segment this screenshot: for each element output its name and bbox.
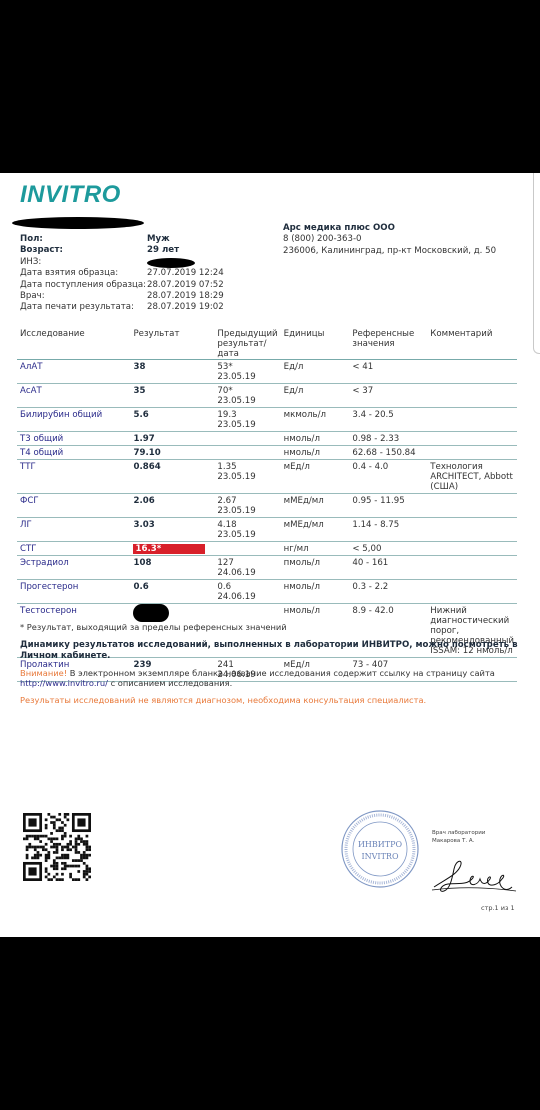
units: мМЕд/мл — [281, 518, 350, 542]
table-row: ФСГ2.062.6723.05.19мМЕд/мл0.95 - 11.95 — [17, 494, 517, 518]
table-header-row: Исследование Результат Предыдущий резуль… — [17, 327, 517, 360]
patient-field-value: 28.07.2019 18:29 — [147, 291, 224, 302]
patient-field-value: 28.07.2019 19:02 — [147, 302, 224, 313]
lab-info: Арс медика плюс ООО 8 (800) 200-363-0 23… — [283, 223, 496, 257]
test-name-link[interactable]: Билирубин общий — [17, 408, 130, 432]
previous-result: 1.3523.05.19 — [214, 460, 280, 494]
reference-range: 62.68 - 150.84 — [349, 446, 427, 460]
table-row: Прогестерон0.60.624.06.19нмоль/л0.3 - 2.… — [17, 580, 517, 604]
comment — [427, 408, 517, 432]
test-name-link[interactable]: ТТГ — [17, 460, 130, 494]
patient-field: Дата поступления образца:28.07.2019 07:5… — [20, 280, 224, 291]
qr-code — [23, 813, 91, 881]
previous-result — [214, 432, 280, 446]
previous-result — [214, 542, 280, 556]
comment — [427, 556, 517, 580]
header-units: Единицы — [281, 327, 350, 360]
disclaimer-note: Результаты исследований не являются диаг… — [20, 695, 520, 706]
previous-result: 4.1823.05.19 — [214, 518, 280, 542]
warning-note: Внимание! В электронном экземпляре бланк… — [20, 668, 520, 689]
result-value: 38 — [130, 360, 214, 384]
test-name-link[interactable]: Эстрадиол — [17, 556, 130, 580]
patient-field: Возраст:29 лет — [20, 245, 224, 256]
table-row: Эстрадиол10812724.06.19пмоль/л40 - 161 — [17, 556, 517, 580]
previous-result: 2.6723.05.19 — [214, 494, 280, 518]
result-value: 2.06 — [130, 494, 214, 518]
units: нмоль/л — [281, 432, 350, 446]
reference-range: < 37 — [349, 384, 427, 408]
reference-range: 3.4 - 20.5 — [349, 408, 427, 432]
result-value-flagged: 16.3* — [130, 542, 214, 556]
comment — [427, 446, 517, 460]
patient-field: Пол:Муж — [20, 234, 224, 245]
invitro-logo: INVITRO — [20, 181, 121, 209]
comment — [427, 494, 517, 518]
patient-field-label: Дата взятия образца: — [20, 268, 147, 279]
comment — [427, 518, 517, 542]
reference-range: 40 - 161 — [349, 556, 427, 580]
result-value: 0.864 — [130, 460, 214, 494]
test-name-link[interactable]: ФСГ — [17, 494, 130, 518]
patient-field-label: Пол: — [20, 234, 147, 245]
result-value: 0.6 — [130, 580, 214, 604]
result-value: 79.10 — [130, 446, 214, 460]
previous-result: 70*23.05.19 — [214, 384, 280, 408]
patient-info: Пол:МужВозраст:29 летИНЗ:Дата взятия обр… — [20, 234, 224, 314]
result-value: 35 — [130, 384, 214, 408]
test-name-link[interactable]: ЛГ — [17, 518, 130, 542]
table-row: ТТГ0.8641.3523.05.19мЕд/л0.4 - 4.0Технол… — [17, 460, 517, 494]
table-row: СТГ16.3*нг/мл< 5,00 — [17, 542, 517, 556]
previous-result: 53*23.05.19 — [214, 360, 280, 384]
comment — [427, 432, 517, 446]
previous-result: 0.624.06.19 — [214, 580, 280, 604]
result-value: 3.03 — [130, 518, 214, 542]
table-row: АсАТ3570*23.05.19Ед/л< 37 — [17, 384, 517, 408]
test-name-link[interactable]: Т3 общий — [17, 432, 130, 446]
test-name-link[interactable]: Прогестерон — [17, 580, 130, 604]
lab-phone: 8 (800) 200-363-0 — [283, 234, 496, 245]
units: мкмоль/л — [281, 408, 350, 432]
units: мМЕд/мл — [281, 494, 350, 518]
table-row: Билирубин общий5.619.323.05.19мкмоль/л3.… — [17, 408, 517, 432]
patient-field-label: Дата поступления образца: — [20, 280, 147, 291]
table-row: ЛГ3.034.1823.05.19мМЕд/мл1.14 - 8.75 — [17, 518, 517, 542]
warning-label: Внимание! — [20, 668, 67, 678]
stamp-text-en: INVITRO — [361, 852, 398, 861]
test-name-link[interactable]: Т4 общий — [17, 446, 130, 460]
reference-range: 0.3 - 2.2 — [349, 580, 427, 604]
notes: * Результат, выходящий за пределы рефере… — [20, 622, 520, 705]
table-row: Т3 общий1.97нмоль/л0.98 - 2.33 — [17, 432, 517, 446]
result-value: 5.6 — [130, 408, 214, 432]
reference-range: 0.95 - 11.95 — [349, 494, 427, 518]
test-name-link[interactable]: АсАТ — [17, 384, 130, 408]
link-suffix: с описанием исследования. — [108, 678, 232, 688]
asterisk-note: * Результат, выходящий за пределы рефере… — [20, 622, 520, 633]
units: Ед/л — [281, 360, 350, 384]
lab-address: 236006, Калининград, пр-кт Московский, д… — [283, 246, 496, 257]
units: нмоль/л — [281, 446, 350, 460]
patient-field-value: 27.07.2019 12:24 — [147, 268, 224, 279]
previous-result: 19.323.05.19 — [214, 408, 280, 432]
reference-range: < 5,00 — [349, 542, 427, 556]
patient-field: Дата взятия образца:27.07.2019 12:24 — [20, 268, 224, 279]
doctor-name: Макарова Т. А. — [432, 837, 485, 845]
header-test: Исследование — [17, 327, 130, 360]
units: нг/мл — [281, 542, 350, 556]
patient-field: Врач:28.07.2019 18:29 — [20, 291, 224, 302]
warning-text: В электронном экземпляре бланка название… — [67, 668, 495, 678]
lab-stamp: ИНВИТРО INVITRO — [340, 809, 420, 889]
stamp-text-ru: ИНВИТРО — [358, 840, 403, 849]
redacted-inz — [147, 258, 195, 268]
previous-result: 12724.06.19 — [214, 556, 280, 580]
reference-range: 0.4 - 4.0 — [349, 460, 427, 494]
comment — [427, 360, 517, 384]
previous-result — [214, 446, 280, 460]
reference-range: 1.14 - 8.75 — [349, 518, 427, 542]
patient-field-value: 29 лет — [147, 245, 179, 256]
units: мЕд/л — [281, 460, 350, 494]
units: Ед/л — [281, 384, 350, 408]
comment — [427, 580, 517, 604]
signature — [426, 857, 521, 897]
lab-name: Арс медика плюс ООО — [283, 223, 496, 234]
comment — [427, 542, 517, 556]
redacted-patient-name — [12, 217, 144, 229]
table-row: Т4 общий79.10нмоль/л62.68 - 150.84 — [17, 446, 517, 460]
scrollbar[interactable] — [533, 173, 540, 354]
patient-field-label: ИНЗ: — [20, 257, 147, 268]
header-result: Результат — [130, 327, 214, 360]
units: нмоль/л — [281, 580, 350, 604]
invitro-link[interactable]: http://www.invitro.ru/ — [20, 678, 108, 688]
result-value: 108 — [130, 556, 214, 580]
header-comment: Комментарий — [427, 327, 517, 360]
test-name-link[interactable]: АлАТ — [17, 360, 130, 384]
patient-field: Дата печати результата:28.07.2019 19:02 — [20, 302, 224, 313]
patient-field-label: Возраст: — [20, 245, 147, 256]
table-row: АлАТ3853*23.05.19Ед/л< 41 — [17, 360, 517, 384]
page-number: стр.1 из 1 — [481, 904, 515, 912]
reference-range: < 41 — [349, 360, 427, 384]
header-previous: Предыдущий результат/дата — [214, 327, 280, 360]
units: пмоль/л — [281, 556, 350, 580]
header-reference: Референсные значения — [349, 327, 427, 360]
comment: Технология ARCHITECT, Abbott (США) — [427, 460, 517, 494]
patient-field-label: Врач: — [20, 291, 147, 302]
patient-field-label: Дата печати результата: — [20, 302, 147, 313]
test-name-link[interactable]: СТГ — [17, 542, 130, 556]
patient-field-value: 28.07.2019 07:52 — [147, 280, 224, 291]
dynamics-note: Динамику результатов исследований, выпол… — [20, 640, 520, 662]
doctor-title: Врач лаборатории — [432, 829, 485, 837]
lab-report-page: INVITRO Пол:МужВозраст:29 летИНЗ:Дата вз… — [0, 173, 540, 937]
comment — [427, 384, 517, 408]
doctor-signature-label: Врач лаборатории Макарова Т. А. — [432, 829, 485, 845]
reference-range: 0.98 - 2.33 — [349, 432, 427, 446]
result-value: 1.97 — [130, 432, 214, 446]
patient-field-value: Муж — [147, 234, 170, 245]
